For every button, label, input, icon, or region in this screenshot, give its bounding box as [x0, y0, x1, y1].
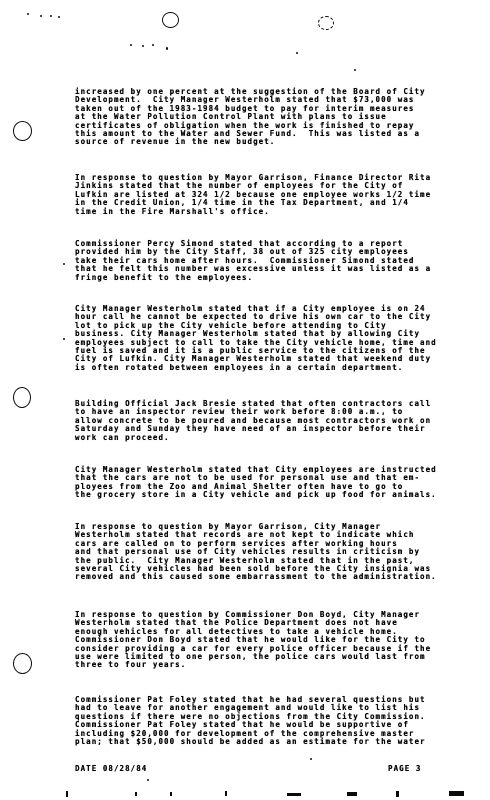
- scan-speck: [310, 758, 312, 760]
- scan-mark: [225, 791, 227, 796]
- paragraph: City Manager Westerholm stated that City…: [75, 466, 437, 500]
- scan-mark: [396, 791, 399, 797]
- scan-speck: [63, 263, 65, 265]
- scan-mark: [170, 792, 172, 796]
- scan-mark: [347, 792, 357, 796]
- scan-speck: [142, 45, 144, 47]
- paragraph: increased by one percent at the suggesti…: [75, 88, 426, 147]
- hole-punch-mark: [162, 12, 179, 28]
- paragraph: In response to question by Mayor Garriso…: [75, 523, 437, 582]
- scan-speck: [152, 44, 154, 46]
- scan-mark: [287, 793, 301, 796]
- hole-punch-mark: [13, 387, 31, 408]
- scanned-document-page: increased by one percent at the suggesti…: [0, 0, 490, 800]
- hole-punch-mark: [13, 121, 32, 141]
- hole-punch-mark: [318, 16, 334, 30]
- scan-speck: [166, 47, 168, 50]
- scan-mark: [449, 791, 464, 796]
- scan-speck: [130, 44, 132, 46]
- paragraph: City Manager Westerholm stated that if a…: [75, 305, 437, 372]
- scan-speck: [27, 13, 29, 15]
- scan-speck: [296, 52, 298, 54]
- footer-page-number: PAGE 3: [388, 764, 421, 773]
- hole-punch-mark: [13, 653, 32, 674]
- paragraph: In response to question by Mayor Garriso…: [75, 174, 431, 216]
- paragraph: Building Official Jack Bresie stated tha…: [75, 400, 431, 442]
- scan-speck: [40, 15, 42, 17]
- scan-speck: [147, 779, 149, 781]
- scan-mark: [66, 791, 68, 797]
- scan-speck: [63, 338, 65, 340]
- footer-date: DATE 08/28/84: [75, 764, 147, 773]
- paragraph: Commissioner Pat Foley stated that he ha…: [75, 696, 426, 746]
- paragraph: Commissioner Percy Simond stated that ac…: [75, 240, 431, 282]
- scan-mark: [135, 792, 137, 796]
- scan-speck: [354, 69, 356, 71]
- scan-speck: [50, 15, 52, 17]
- paragraph: In response to question by Commissioner …: [75, 611, 431, 670]
- scan-speck: [58, 16, 60, 18]
